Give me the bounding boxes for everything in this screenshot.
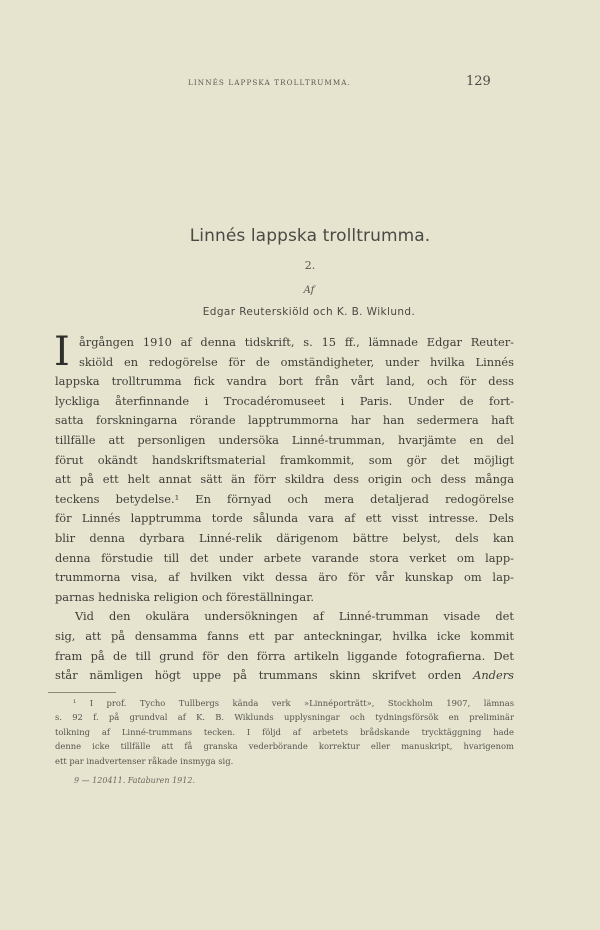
body-line: teckens betydelse.¹ En förnyad och mera …: [55, 490, 514, 510]
footnote-line: ¹ I prof. Tycho Tullbergs kända verk »Li…: [55, 696, 514, 710]
body-line: Vid den okulära undersökningen af Linné-…: [55, 607, 514, 627]
body-line: blir denna dyrbara Linné-relik därigenom…: [55, 529, 514, 549]
body-line: årgången 1910 af denna tidskrift, s. 15 …: [55, 333, 514, 353]
body-line: denna förstudie till det under arbete va…: [55, 549, 514, 569]
running-head-title: LINNÉS LAPPSKA TROLLTRUMMA.: [188, 78, 351, 87]
footnotes: ¹ I prof. Tycho Tullbergs kända verk »Li…: [55, 696, 514, 768]
article-title: Linnés lappska trolltrumma.: [0, 226, 600, 246]
footnote-line: ett par inadvertenser råkade insmyga sig…: [55, 754, 514, 768]
body-line: förut okändt handskriftsmaterial framkom…: [55, 451, 514, 471]
body-line: tillfälle att personligen undersöka Linn…: [55, 431, 514, 451]
printer-signature: 9 — 120411. Fataburen 1912.: [74, 776, 195, 785]
body-line-text: står nämligen högt uppe på trummans skin…: [55, 668, 461, 682]
page-number: 129: [466, 74, 491, 89]
body-line: skiöld en redogörelse för de omständighe…: [55, 353, 514, 373]
running-head: LINNÉS LAPPSKA TROLLTRUMMA. 129: [0, 76, 600, 92]
footnote-rule: [48, 692, 116, 693]
footnote-line: denne icke tillfälle att få granska vede…: [55, 739, 514, 753]
body-line: trummorna visa, af hvilken vikt dessa är…: [55, 568, 514, 588]
body-line: lappska trolltrumma fick vandra bort frå…: [55, 372, 514, 392]
body-line-with-italic: står nämligen högt uppe på trummans skin…: [55, 666, 514, 686]
footnote-line: s. 92 f. på grundval af K. B. Wiklunds u…: [55, 710, 514, 724]
body-line: för Linnés lapptrumma torde sålunda vara…: [55, 509, 514, 529]
italic-word: Anders: [473, 668, 514, 682]
byline-prefix: Af: [0, 285, 600, 296]
body-line: lyckliga återfinnande i Trocadéromuseet …: [55, 392, 514, 412]
authors: Edgar Reuterskiöld och K. B. Wiklund.: [0, 306, 600, 318]
body-line: satta forskningarna rörande lapptrummorn…: [55, 411, 514, 431]
body-line: parnas hedniska religion och föreställni…: [55, 588, 514, 608]
body-text: årgången 1910 af denna tidskrift, s. 15 …: [55, 333, 514, 686]
footnote-line: tolkning af Linné-trummans tecken. I föl…: [55, 725, 514, 739]
part-number: 2.: [0, 259, 600, 272]
body-line: sig, att på densamma fanns ett par antec…: [55, 627, 514, 647]
body-line: att på ett helt annat sätt än förr skild…: [55, 470, 514, 490]
body-line: fram på de till grund för den förra arti…: [55, 647, 514, 667]
